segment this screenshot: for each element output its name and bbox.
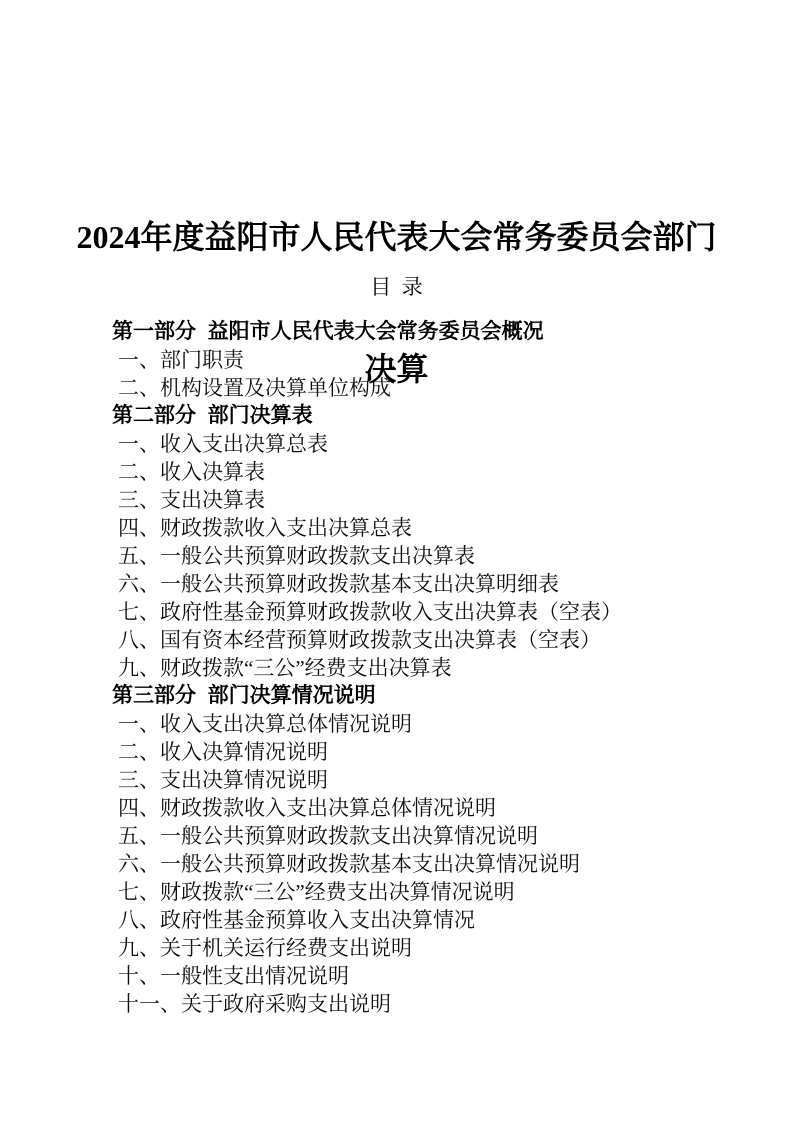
toc-heading: 目 录 [0,272,793,302]
toc-item: 七、财政拨款“三公”经费支出决算情况说明 [112,878,743,906]
toc-item: 十、一般性支出情况说明 [112,962,743,990]
toc-item: 二、收入决算表 [112,458,743,486]
toc-item: 十一、关于政府采购支出说明 [112,990,743,1018]
toc-item: 五、一般公共预算财政拨款支出决算情况说明 [112,822,743,850]
toc-item: 六、一般公共预算财政拨款基本支出决算情况说明 [112,850,743,878]
toc-item: 三、支出决算情况说明 [112,766,743,794]
toc-section-3: 第三部分 部门决算情况说明 一、收入支出决算总体情况说明 二、收入决算情况说明 … [112,682,743,1018]
toc-item: 九、财政拨款“三公”经费支出决算表 [112,654,743,682]
toc-item: 二、收入决算情况说明 [112,738,743,766]
toc-section-title: 第三部分 部门决算情况说明 [112,682,743,710]
toc-item: 二、机构设置及决算单位构成 [112,374,743,402]
toc-section-1: 第一部分 益阳市人民代表大会常务委员会概况 一、部门职责 二、机构设置及决算单位… [112,318,743,402]
toc-item: 四、财政拨款收入支出决算总表 [112,514,743,542]
toc-section-2: 第二部分 部门决算表 一、收入支出决算总表 二、收入决算表 三、支出决算表 四、… [112,402,743,682]
toc-item: 八、国有资本经营预算财政拨款支出决算表（空表） [112,626,743,654]
toc-item: 一、收入支出决算总表 [112,430,743,458]
toc-item: 五、一般公共预算财政拨款支出决算表 [112,542,743,570]
document-title-line-1: 2024年度益阳市人民代表大会常务委员会部门 [0,215,793,259]
toc-item: 九、关于机关运行经费支出说明 [112,934,743,962]
toc-section-title: 第一部分 益阳市人民代表大会常务委员会概况 [112,318,743,346]
toc-item: 七、政府性基金预算财政拨款收入支出决算表（空表） [112,598,743,626]
toc-item: 三、支出决算表 [112,486,743,514]
toc-item: 四、财政拨款收入支出决算总体情况说明 [112,794,743,822]
table-of-contents: 第一部分 益阳市人民代表大会常务委员会概况 一、部门职责 二、机构设置及决算单位… [112,318,743,1018]
toc-item: 一、收入支出决算总体情况说明 [112,710,743,738]
document-page: 2024年度益阳市人民代表大会常务委员会部门 决算 目 录 第一部分 益阳市人民… [0,0,793,1122]
toc-item: 八、政府性基金预算收入支出决算情况 [112,906,743,934]
toc-item: 一、部门职责 [112,346,743,374]
toc-section-title: 第二部分 部门决算表 [112,402,743,430]
toc-item: 六、一般公共预算财政拨款基本支出决算明细表 [112,570,743,598]
